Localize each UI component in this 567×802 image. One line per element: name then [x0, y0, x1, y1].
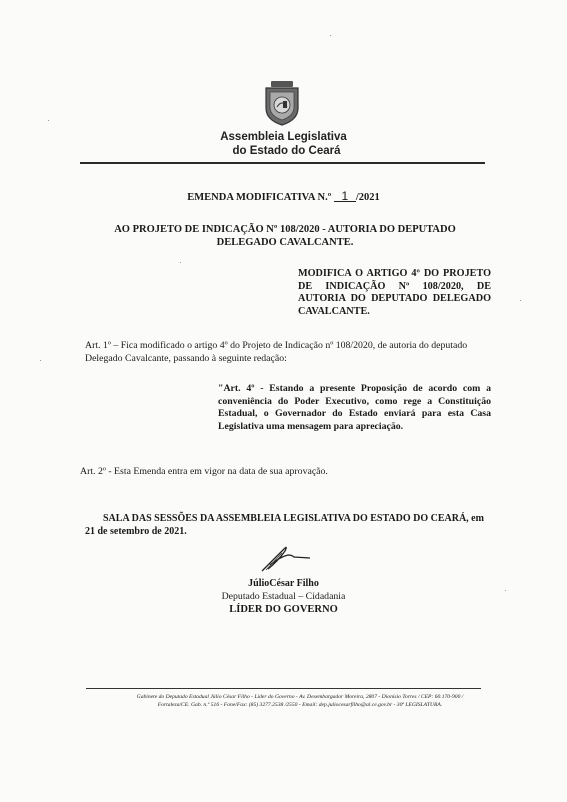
footer-divider — [86, 688, 481, 689]
document-title: EMENDA MODIFICATIVA N.º 1/2021 — [0, 191, 567, 203]
footer-line-1: Gabinete do Deputado Estadual Júlio Césa… — [80, 693, 520, 701]
scan-speck — [40, 360, 41, 361]
amendment-number: 1 — [334, 191, 356, 202]
scan-speck — [330, 35, 331, 36]
subject-heading: AO PROJETO DE INDICAÇÃO Nº 108/2020 - AU… — [85, 223, 485, 249]
article-1: Art. 1º – Fica modificado o artigo 4º do… — [85, 340, 492, 365]
scan-speck — [48, 120, 49, 121]
signer-role: Deputado Estadual – Cidadania — [0, 591, 567, 602]
title-suffix: /2021 — [356, 192, 380, 203]
article-2: Art. 2º - Esta Emenda entra em vigor na … — [80, 466, 328, 477]
title-prefix: EMENDA MODIFICATIVA N.º — [187, 192, 331, 203]
scan-speck — [520, 300, 521, 301]
footer: Gabinete do Deputado Estadual Júlio Césa… — [80, 693, 520, 709]
scan-speck — [180, 262, 181, 263]
quoted-article-4: "Art. 4º - Estando a presente Proposição… — [218, 383, 491, 433]
signer-title: LÍDER DO GOVERNO — [0, 604, 567, 615]
institution-state: do Estado do Ceará — [3, 145, 567, 157]
closing-statement: SALA DAS SESSÕES DA ASSEMBLEIA LEGISLATI… — [85, 512, 492, 538]
footer-line-2: Fortaleza/CE. Gab. n.º 516 - Fone/Fax: (… — [80, 701, 520, 709]
signer-name: JúlioCésar Filho — [0, 578, 567, 589]
ementa: MODIFICA O ARTIGO 4º DO PROJETO DE INDIC… — [298, 268, 491, 318]
signature-icon — [258, 543, 318, 573]
state-coat-of-arms-icon — [263, 80, 301, 126]
institution-name: Assembleia Legislativa — [0, 131, 567, 143]
header-divider — [80, 162, 485, 164]
